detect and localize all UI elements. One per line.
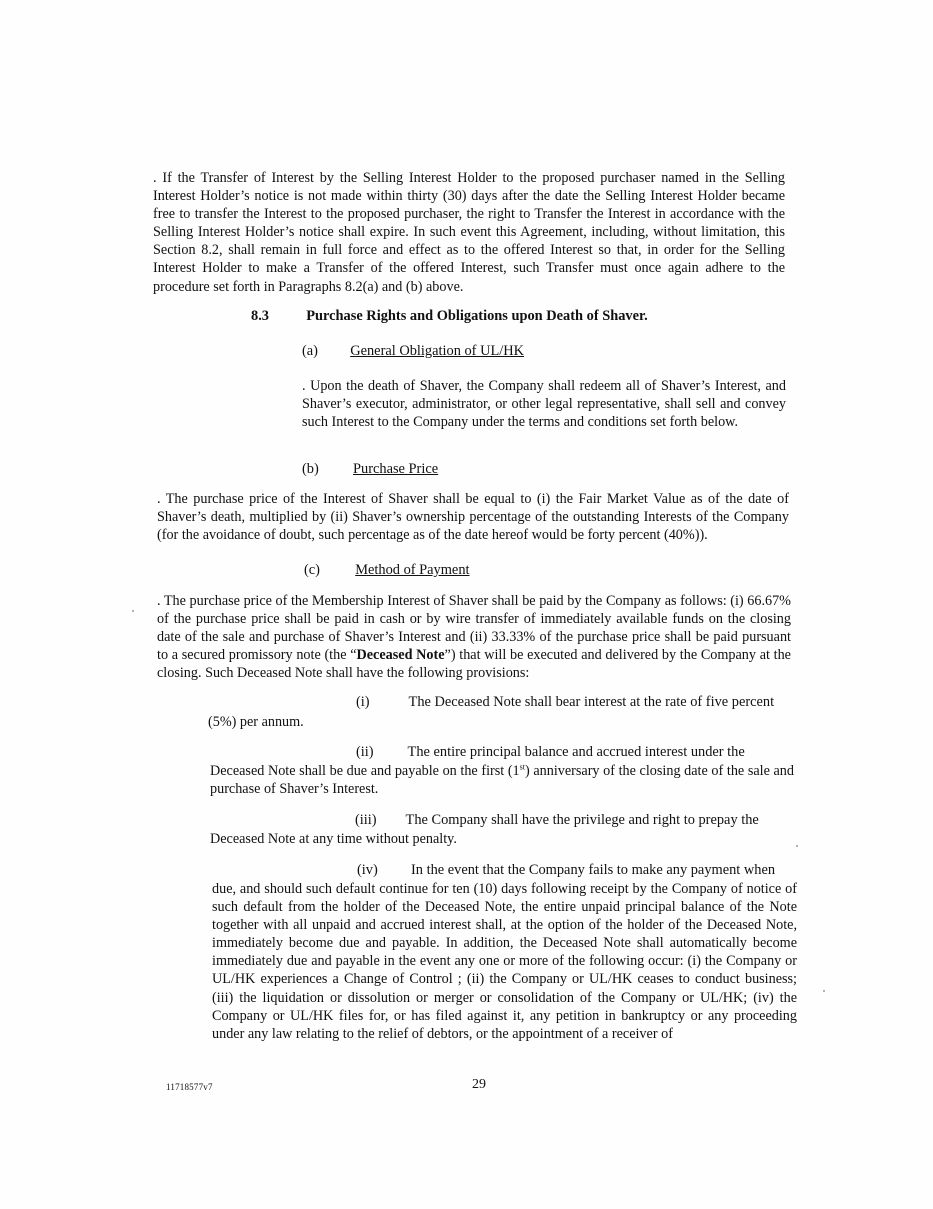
scan-artifact [796,845,798,847]
document-page: . If the Transfer of Interest by the Sel… [0,0,933,1209]
provision-text: The Company shall have the privilege and… [406,812,759,828]
subsection-label: (b) [302,461,319,477]
page-number: 29 [472,1077,486,1093]
provision-i-continuation: (5%) per annum. [208,713,788,731]
provision-iv-first-line: (iv) In the event that the Company fails… [357,861,775,879]
provision-label: (iii) [355,812,377,828]
provision-text: The Deceased Note shall bear interest at… [409,694,775,710]
defined-term: Deceased Note [357,647,445,663]
provision-i-first-line: (i) The Deceased Note shall bear interes… [356,693,774,711]
provision-iii-continuation: Deceased Note at any time without penalt… [210,830,794,848]
subsection-a-heading: (a) General Obligation of UL/HK [302,342,524,360]
subsection-title: Method of Payment [355,562,469,578]
scan-artifact [823,990,825,992]
provision-text: Deceased Note shall be due and payable o… [210,763,520,779]
subsection-title: Purchase Price [353,461,438,477]
provision-iii-first-line: (iii) The Company shall have the privile… [355,811,759,829]
provision-ii-first-line: (ii) The entire principal balance and ac… [356,743,745,761]
provision-iv-continuation: due, and should such default continue fo… [212,880,797,1043]
subsection-title: General Obligation of UL/HK [350,343,524,359]
provision-ii-continuation: Deceased Note shall be due and payable o… [210,762,794,798]
provision-text: The entire principal balance and accrued… [408,744,745,760]
section-title: Purchase Rights and Obligations upon Dea… [306,308,647,324]
section-number: 8.3 [251,308,269,324]
provision-label: (i) [356,694,370,710]
subsection-a-body: . Upon the death of Shaver, the Company … [302,377,786,431]
subsection-b-heading: (b) Purchase Price [302,460,438,478]
subsection-label: (c) [304,562,320,578]
provision-text: In the event that the Company fails to m… [411,862,775,878]
subsection-c-body: . The purchase price of the Membership I… [157,592,791,682]
provision-label: (iv) [357,862,378,878]
subsection-c-heading: (c) Method of Payment [304,561,470,579]
section-8-3-heading: 8.3 Purchase Rights and Obligations upon… [251,307,648,325]
provision-label: (ii) [356,744,374,760]
scan-artifact [132,610,134,612]
paragraph-8-2-tail: . If the Transfer of Interest by the Sel… [153,169,785,296]
document-id: 11718577v7 [166,1082,213,1092]
subsection-label: (a) [302,343,318,359]
subsection-b-body: . The purchase price of the Interest of … [157,490,789,544]
